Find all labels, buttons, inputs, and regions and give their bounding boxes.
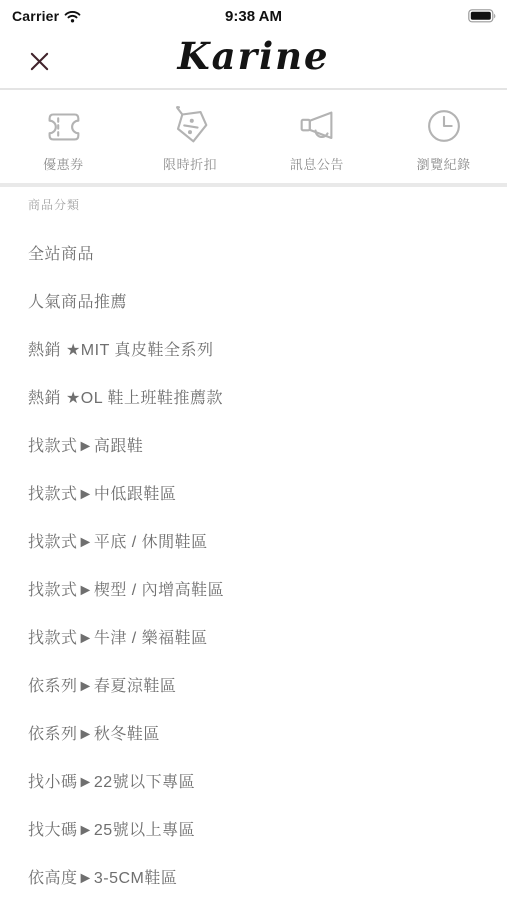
- menu-item-label: 熱銷 ★MIT 真皮鞋全系列: [28, 337, 214, 360]
- menu-item-label: 找款式►中低跟鞋區: [28, 481, 176, 504]
- coupon-icon: [40, 103, 86, 149]
- header: Karine: [0, 32, 507, 88]
- menu-item-ol-work-shoes[interactable]: 熱銷 ★OL 鞋上班鞋推薦款: [0, 372, 507, 420]
- menu-item-fall-winter[interactable]: 依系列►秋冬鞋區: [0, 708, 507, 756]
- menu-item-mit-leather[interactable]: 熱銷 ★MIT 真皮鞋全系列: [0, 324, 507, 372]
- status-bar: Carrier 9:38 AM: [0, 0, 507, 32]
- menu-item-flats-casual[interactable]: 找款式►平底 / 休閒鞋區: [0, 516, 507, 564]
- menu-item-label: 找款式►平底 / 休閒鞋區: [28, 529, 208, 552]
- menu-item-small-size[interactable]: 找小碼►22號以下專區: [0, 756, 507, 804]
- discount-tag-icon: [167, 103, 213, 149]
- category-menu: 全站商品 人氣商品推薦 熱銷 ★MIT 真皮鞋全系列 熱銷 ★OL 鞋上班鞋推薦…: [0, 228, 507, 900]
- menu-item-label: 找大碼►25號以上專區: [28, 817, 195, 840]
- quick-action-label: 瀏覽紀錄: [417, 154, 471, 173]
- quick-action-label: 優惠券: [43, 154, 84, 173]
- menu-item-all-products[interactable]: 全站商品: [0, 228, 507, 276]
- menu-item-label: 找款式►高跟鞋: [28, 433, 143, 456]
- menu-item-label: 找款式►楔型 / 內增高鞋區: [28, 577, 224, 600]
- status-time: 9:38 AM: [0, 8, 507, 25]
- menu-item-label: 依系列►秋冬鞋區: [28, 721, 160, 744]
- menu-item-large-size[interactable]: 找大碼►25號以上專區: [0, 804, 507, 852]
- megaphone-icon: [294, 103, 340, 149]
- quick-action-label: 限時折扣: [163, 154, 217, 173]
- menu-item-wedge-height[interactable]: 找款式►楔型 / 內增高鞋區: [0, 564, 507, 612]
- quick-action-announcements[interactable]: 訊息公告: [254, 90, 381, 183]
- app-screen: Carrier 9:38 AM Karine: [0, 0, 507, 900]
- menu-item-popular[interactable]: 人氣商品推薦: [0, 276, 507, 324]
- menu-item-mid-low-heels[interactable]: 找款式►中低跟鞋區: [0, 468, 507, 516]
- menu-item-label: 找款式►牛津 / 樂福鞋區: [28, 625, 208, 648]
- section-title: 商品分類: [0, 197, 507, 213]
- menu-item-oxford-loafer[interactable]: 找款式►牛津 / 樂福鞋區: [0, 612, 507, 660]
- menu-item-label: 人氣商品推薦: [28, 289, 127, 312]
- menu-item-label: 依高度►3-5CM鞋區: [28, 865, 177, 888]
- menu-item-spring-summer[interactable]: 依系列►春夏涼鞋區: [0, 660, 507, 708]
- menu-item-label: 熱銷 ★OL 鞋上班鞋推薦款: [28, 385, 223, 408]
- brand-logo: Karine: [0, 34, 507, 78]
- quick-action-coupon[interactable]: 優惠券: [0, 90, 127, 183]
- menu-item-high-heels[interactable]: 找款式►高跟鞋: [0, 420, 507, 468]
- quick-actions: 優惠券 限時折扣 訊息公告: [0, 90, 507, 183]
- menu-item-3-5cm[interactable]: 依高度►3-5CM鞋區: [0, 852, 507, 900]
- history-clock-icon: [421, 103, 467, 149]
- menu-item-label: 依系列►春夏涼鞋區: [28, 673, 176, 696]
- quick-action-flash-discount[interactable]: 限時折扣: [127, 90, 254, 183]
- section-divider: [0, 183, 507, 187]
- menu-item-label: 全站商品: [28, 241, 94, 264]
- quick-action-history[interactable]: 瀏覽紀錄: [380, 90, 507, 183]
- quick-action-label: 訊息公告: [290, 154, 344, 173]
- menu-item-label: 找小碼►22號以下專區: [28, 769, 195, 792]
